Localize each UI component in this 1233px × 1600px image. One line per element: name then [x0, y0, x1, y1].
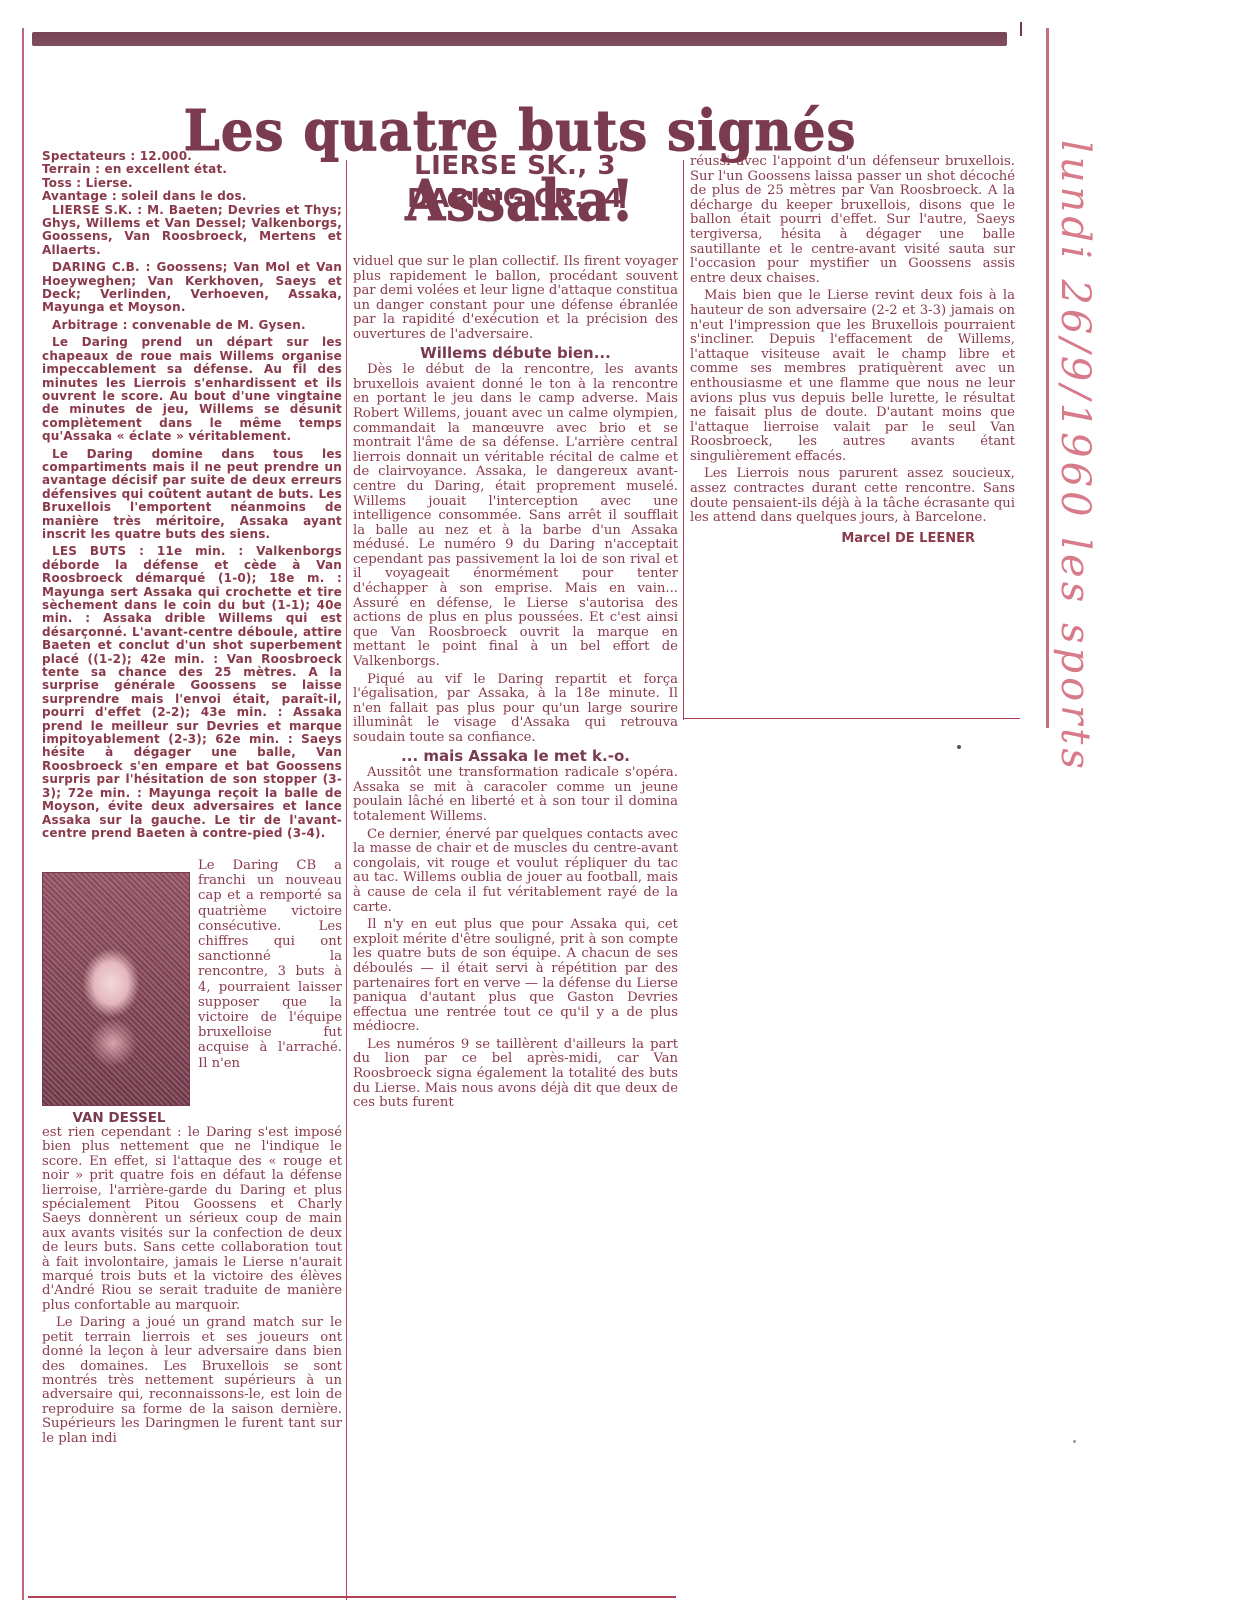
fact-spectators: Spectateurs : 12.000. — [42, 150, 342, 163]
fact-referee: Arbitrage : convenable de M. Gysen. — [42, 319, 342, 332]
score-away: DARING CB., 4 — [350, 183, 680, 216]
clipping-left-edge — [22, 28, 24, 1600]
body-paragraph: Les numéros 9 se taillèrent d'ailleurs l… — [353, 1038, 678, 1111]
photo-caption: VAN DESSEL — [44, 1110, 194, 1126]
column-divider — [346, 160, 347, 1600]
summary-paragraph: Le Daring prend un départ sur les chapea… — [42, 336, 342, 443]
body-column-3: réussi avec l'appoint d'un défenseur bru… — [690, 155, 1015, 546]
subheading-assaka: ... mais Assaka le met k.-o. — [353, 749, 678, 764]
top-rule — [32, 32, 1007, 46]
body-paragraph: Ce dernier, énervé par quelques contacts… — [353, 828, 678, 916]
body-column-2: viduel que sur le plan collectif. Ils fi… — [353, 255, 678, 1114]
score-home: LIERSE SK., 3 — [350, 150, 680, 183]
match-facts-column: Spectateurs : 12.000. Terrain : en excel… — [42, 150, 342, 844]
body-paragraph: Il n'y en eut plus que pour Assaka qui, … — [353, 918, 678, 1035]
body-paragraph: est rien cependant : le Daring s'est imp… — [42, 1126, 342, 1313]
clipping-right-edge — [1020, 22, 1022, 36]
body-paragraph: Dès le début de la rencontre, les avants… — [353, 363, 678, 669]
column-divider — [683, 160, 684, 720]
body-text-beside-photo: Le Daring CB a franchi un nouveau cap et… — [198, 858, 342, 1071]
scan-speck — [1073, 1440, 1076, 1443]
body-paragraph: viduel que sur le plan collectif. Ils fi… — [353, 255, 678, 343]
body-paragraph: Aussitôt une transformation radicale s'o… — [353, 766, 678, 824]
scan-speck — [957, 745, 961, 749]
fact-pitch: Terrain : en excellent état. — [42, 163, 342, 176]
body-paragraph: Le Daring a joué un grand match sur le p… — [42, 1316, 342, 1446]
summary-paragraph: Le Daring domine dans tous les compartim… — [42, 448, 342, 542]
bottom-rule — [28, 1596, 676, 1598]
score-box: LIERSE SK., 3 DARING CB., 4 — [350, 150, 680, 216]
player-photo — [42, 872, 190, 1106]
lineup-lierse: LIERSE S.K. : M. Baeten; Devries et Thys… — [42, 204, 342, 258]
fact-advantage: Avantage : soleil dans le dos. — [42, 190, 342, 203]
goals-summary: LES BUTS : 11e min. : Valkenborgs débord… — [42, 545, 342, 840]
body-paragraph: Piqué au vif le Daring repartit et força… — [353, 673, 678, 746]
byline: Marcel DE LEENER — [690, 532, 1015, 547]
body-paragraph: réussi avec l'appoint d'un défenseur bru… — [690, 155, 1015, 286]
body-column-1: est rien cependant : le Daring s'est imp… — [42, 1126, 342, 1449]
column-end-rule — [684, 718, 1020, 719]
fact-toss: Toss : Lierse. — [42, 177, 342, 190]
body-paragraph: Mais bien que le Lierse revint deux fois… — [690, 289, 1015, 464]
margin-line — [1046, 28, 1049, 728]
body-paragraph: Les Lierrois nous parurent assez soucieu… — [690, 467, 1015, 525]
handwritten-date-note: lundi 26/9/1960 les sports — [1058, 140, 1098, 740]
lineup-daring: DARING C.B. : Goossens; Van Mol et Van H… — [42, 261, 342, 315]
subheading-willems: Willems débute bien... — [353, 346, 678, 361]
